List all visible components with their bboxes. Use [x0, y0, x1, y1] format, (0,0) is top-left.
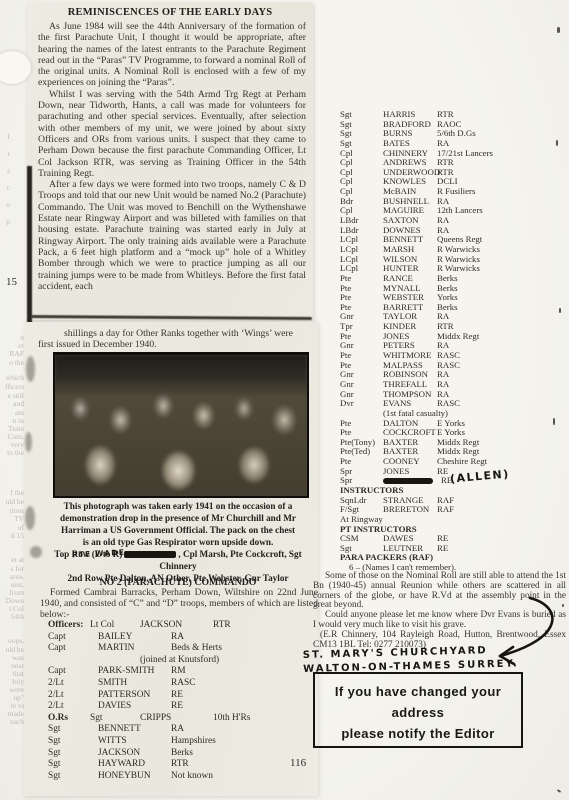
roll-row: CSM DAWES RE [340, 534, 566, 544]
roll-row: Pte COONEY Cheshire Regt [340, 457, 566, 467]
caption-line: This photograph was taken early 1941 on … [40, 500, 316, 512]
officer-group-label: O.Rs [48, 713, 90, 725]
roll-row: Dvr EVANS RASC [340, 399, 566, 409]
officer-surname: JACKSON [98, 748, 171, 760]
continuation-line: shillings a day for Other Ranks together… [38, 328, 316, 339]
roll-surname: BRERETON [383, 505, 437, 515]
officer-rank: Sgt [90, 713, 140, 725]
ghost-text-fragment: I [0, 133, 10, 141]
continuation-text: shillings a day for Other Ranks together… [38, 328, 316, 350]
photograph [53, 352, 309, 498]
scan-smudge [25, 432, 32, 452]
scan-speck [557, 789, 561, 793]
article-paragraph: As June 1984 will see the 44th Anniversa… [38, 21, 306, 89]
roll-row: Pte MALPASS RASC [340, 361, 566, 371]
officers-row: Capt MARTIN Beds & Herts [48, 643, 314, 655]
caption-line: Harriman a US Government Official. The p… [40, 524, 316, 536]
scan-smudge [26, 356, 35, 382]
scan-speck [559, 308, 561, 313]
notice-line: address [315, 702, 521, 723]
roll-row: LBdr SAXTON RA [340, 216, 566, 226]
caption-top-row-center: Chinnery [40, 560, 316, 572]
article-paragraph: After a few days we were formed into two… [38, 179, 306, 292]
handwritten-arrow [488, 594, 568, 672]
officer-rank: 2/Lt [48, 690, 98, 702]
officer-regiment: Beds & Herts [171, 643, 222, 655]
notice-line: please notify the Editor [315, 723, 521, 744]
ghost-text-fragment: and [0, 400, 24, 408]
photograph-image [55, 355, 307, 496]
officer-regiment: Berks [171, 748, 193, 760]
ghost-text-fragment: TV [0, 515, 24, 523]
officer-rank: Sgt [48, 748, 98, 760]
officer-rank: Capt [48, 643, 98, 655]
ghost-text-fragment: o the [0, 359, 24, 367]
officer-rank: Sgt [48, 771, 98, 783]
officer-surname: HONEYBUN [98, 771, 171, 783]
roll-surname: JONES [383, 467, 437, 477]
clipping-page-number: 15 [6, 276, 17, 288]
officer-regiment: RA [171, 724, 184, 736]
ghost-text-fragment: d 15 [0, 532, 24, 540]
officer-surname: PARK-SMITH [98, 666, 171, 678]
officer-rank: Sgt [48, 724, 98, 736]
page-number: 116 [290, 757, 306, 769]
article-body: As June 1984 will see the 44th Anniversa… [38, 21, 306, 292]
clipping-edge-smudge [27, 166, 32, 328]
officer-surname: HAYWARD [98, 759, 171, 771]
caption-line: is an old type Gas Respirator worn upsid… [40, 536, 316, 548]
officers-row: 2/Lt PATTERSON RE [48, 690, 314, 702]
officer-rank: Capt [48, 632, 98, 644]
officer-rank: Capt [48, 666, 98, 678]
officer-surname: PATTERSON [98, 690, 171, 702]
officer-surname: WITTS [98, 736, 171, 748]
officers-row: Sgt WITTS Hampshires [48, 736, 314, 748]
roll-row: PT INSTRUCTORS [340, 525, 566, 535]
officer-rank: Lt Col [90, 620, 140, 632]
officer-regiment: RE [171, 690, 183, 702]
continuation-line: first issued in December 1940. [38, 339, 316, 350]
roll-row: Cpl MAGUIRE 12th Lancers [340, 206, 566, 216]
officers-row: Sgt HAYWARD RTR [48, 759, 314, 771]
ghost-text-fragment: RAF [0, 350, 24, 358]
officer-regiment: RTR [171, 759, 189, 771]
redacted-name [124, 551, 176, 558]
roll-row: Cpl McBAIN R Fusiliers [340, 187, 566, 197]
roll-rank: Dvr [340, 399, 383, 409]
officers-row: (joined at Knutsford) [48, 655, 314, 667]
ghost-text-fragment: c [0, 184, 10, 192]
address-notice-box: If you have changed your address please … [313, 672, 523, 748]
ghost-text-fragment: fficers [0, 383, 24, 391]
roll-row: Pte BARRETT Berks [340, 303, 566, 313]
ghost-text-fragment: p [0, 218, 10, 226]
ghost-text-fragment: r [0, 150, 10, 158]
ghost-text-fragment: oops, [0, 637, 24, 645]
officer-regiment: 10th H'Rs [213, 713, 250, 725]
officer-rank: 2/Lt [48, 678, 98, 690]
officer-surname: SMITH [98, 678, 171, 690]
officers-row: O.Rs Sgt CRIPPS 10th H'Rs [48, 713, 314, 725]
officer-surname: CRIPPS [140, 713, 213, 725]
ghost-text-fragment: et at [0, 556, 24, 564]
officer-rank: Sgt [48, 736, 98, 748]
scan-speck [553, 418, 555, 425]
ghost-text-fragment: 54th [0, 613, 24, 621]
article-title: REMINISCENCES OF THE EARLY DAYS [36, 7, 304, 18]
roll-regiment: RAF [437, 505, 454, 515]
ghost-text-fragment: to the [0, 449, 24, 457]
officers-row: 2/Lt SMITH RASC [48, 678, 314, 690]
ghost-text-fragment: f the [0, 489, 24, 497]
officer-regiment: RM [171, 666, 186, 678]
scan-smudge [25, 506, 35, 530]
ghost-text-fragment: each [0, 718, 24, 726]
ghost-text-fragment: o [0, 201, 10, 209]
photo-caption: This photograph was taken early 1941 on … [40, 500, 316, 584]
officer-rank: Sgt [48, 759, 98, 771]
officer-regiment: RA [171, 632, 184, 644]
officer-regiment: RASC [171, 678, 196, 690]
officers-row: Sgt JACKSON Berks [48, 748, 314, 760]
commando-section-intro: Formed Cambrai Barracks, Perham Down, Wi… [40, 588, 318, 620]
roll-row: Gnr THREFALL RA [340, 380, 566, 390]
officer-regiment: Hampshires [171, 736, 216, 748]
officer-regiment: RE [171, 701, 183, 713]
officer-surname: MARTIN [98, 643, 171, 655]
ghost-text-fragment: uld be [0, 498, 24, 506]
officer-surname: JACKSON [140, 620, 213, 632]
officers-row: Sgt HONEYBUN Not known [48, 771, 314, 783]
officer-regiment: Not known [171, 771, 213, 783]
officers-list: Officers: Lt Col JACKSON RTR Capt BAILEY… [48, 620, 314, 782]
caption-line: demonstration drop in the presence of Mr… [40, 512, 316, 524]
officers-row: Officers: Lt Col JACKSON RTR [48, 620, 314, 632]
officer-regiment: RTR [213, 620, 231, 632]
officers-row: Capt BAILEY RA [48, 632, 314, 644]
roll-regiment: RE [437, 544, 448, 554]
redacted-name [383, 478, 433, 484]
scan-speck [556, 140, 558, 146]
nominal-roll-list: Sgt HARRIS RTR Sgt BRADFORD RAOC Sgt BUR… [340, 110, 566, 573]
notice-line: If you have changed your [315, 681, 521, 702]
handwritten-annotation: (ALLEN) [450, 470, 510, 485]
officer-surname: BENNETT [98, 724, 171, 736]
officer-surname: DAVIES [98, 701, 171, 713]
roll-row: Gnr ROBINSON RA [340, 370, 566, 380]
scan-speck [557, 27, 560, 33]
officer-group-label: Officers: [48, 620, 90, 632]
scan-speck [562, 604, 564, 607]
officer-surname: BAILEY [98, 632, 171, 644]
officers-row: Sgt BENNETT RA [48, 724, 314, 736]
roll-row: Sgt BURNS 5/6th D.Gs [340, 129, 566, 139]
ghost-text-fragment: s [0, 167, 10, 175]
ghost-text-fragment: which [0, 374, 24, 382]
officers-row: 2/Lt DAVIES RE [48, 701, 314, 713]
roll-row: Pte JONES Middx Regt [340, 332, 566, 342]
article-paragraph: Whilst I was serving with the 54th Armd … [38, 89, 306, 179]
officer-rank: 2/Lt [48, 701, 98, 713]
officers-row: Capt PARK-SMITH RM [48, 666, 314, 678]
officer-note: (joined at Knutsford) [140, 655, 219, 667]
